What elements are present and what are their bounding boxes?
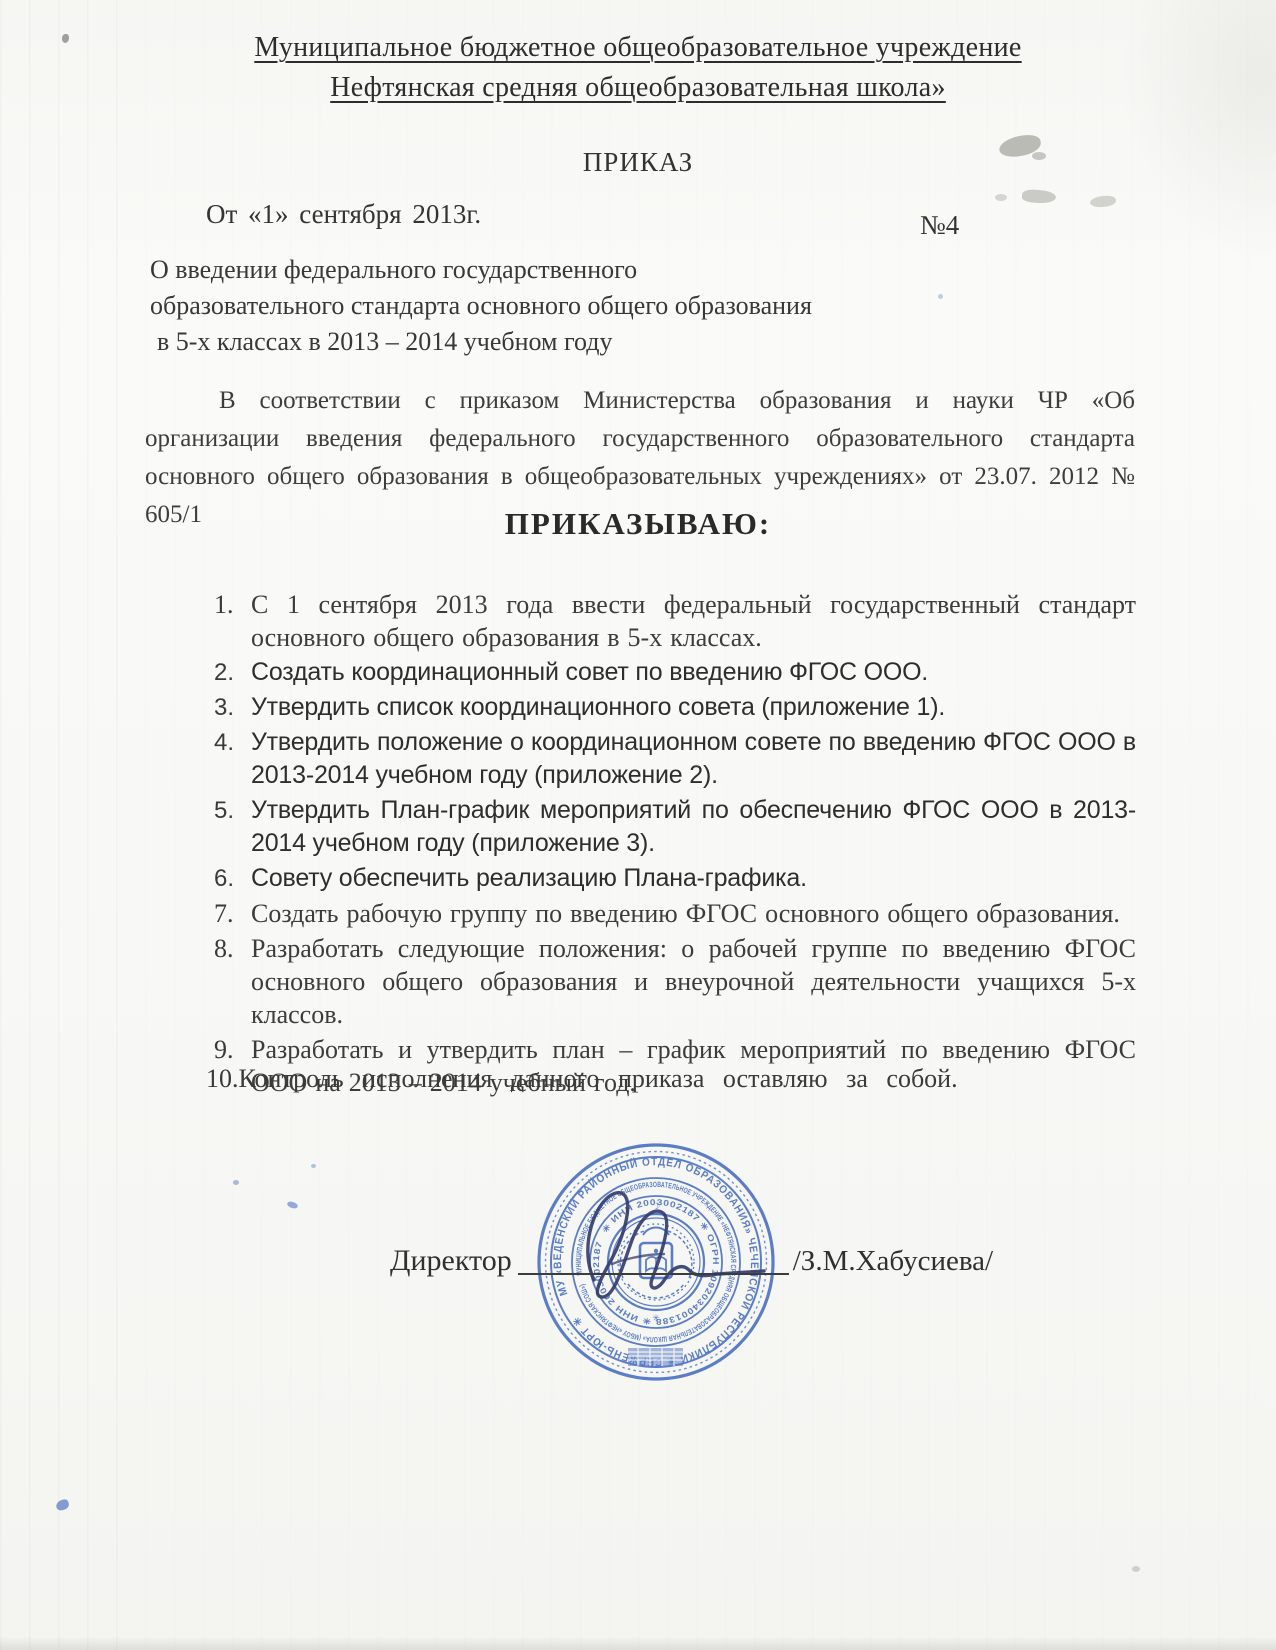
scan-speck [1132, 1566, 1140, 1572]
item-text: Утвердить список координационного совета… [251, 691, 1136, 724]
org-name-line1: Муниципальное бюджетное общеобразователь… [0, 28, 1276, 68]
command-heading: ПРИКАЗЫВАЮ: [0, 506, 1276, 542]
item-text: Создать рабочую группу по введению ФГОС … [251, 897, 1136, 930]
page-bottom-shadow [0, 1636, 1276, 1650]
subject-line3: в 5-х классах в 2013 – 2014 учебном году [150, 324, 812, 360]
item-text: Утвердить положение о координационном со… [251, 726, 1136, 792]
item-number: 7. [214, 897, 251, 930]
item-number: 3. [214, 691, 251, 724]
scan-smudge [1022, 189, 1057, 204]
item-text: Разработать следующие положения: о рабоч… [251, 932, 1136, 1031]
ink-speck [233, 1180, 239, 1185]
order-item-7: 7. Создать рабочую группу по введению ФГ… [214, 897, 1136, 930]
signature-name: /З.М.Хабусиева/ [793, 1245, 993, 1277]
svg-text:✳: ✳ [652, 1314, 660, 1324]
order-item-1: 1. С 1 сентября 2013 года ввести федерал… [214, 588, 1136, 654]
signature-row: Директор/З.М.Хабусиева/ [390, 1244, 993, 1278]
order-item-5: 5. Утвердить План-график мероприятий по … [214, 794, 1136, 860]
item-number: 6. [214, 862, 251, 895]
order-item-4: 4. Утвердить положение о координационном… [214, 726, 1136, 792]
order-item-3: 3. Утвердить список координационного сов… [214, 691, 1136, 724]
subject-line1: О введении федерального государственного [150, 252, 812, 288]
doc-number: №4 [920, 210, 959, 241]
ink-speck [311, 1164, 316, 1168]
scan-smudge [995, 194, 1007, 201]
item-text: Совету обеспечить реализацию Плана-графи… [251, 862, 1136, 895]
order-list: 1. С 1 сентября 2013 года ввести федерал… [214, 588, 1136, 1101]
scanned-order-page: Муниципальное бюджетное общеобразователь… [0, 0, 1276, 1650]
doc-type-title: ПРИКАЗ [0, 147, 1276, 178]
order-item-6: 6. Совету обеспечить реализацию Плана-гр… [214, 862, 1136, 895]
order-item-8: 8. Разработать следующие положения: о ра… [214, 932, 1136, 1031]
stamp-hatched-block [628, 1348, 683, 1366]
subject-line2: образовательного стандарта основного общ… [150, 288, 812, 324]
control-clause: 10.Контроль исполнения данного приказа о… [206, 1064, 958, 1094]
item-number: 5. [214, 794, 251, 860]
order-item-2: 2. Создать координационный совет по введ… [214, 656, 1136, 689]
org-name-line2: Нефтянская средняя общеобразовательная ш… [0, 68, 1276, 108]
item-number: 4. [214, 726, 251, 792]
ink-speck [938, 294, 943, 299]
ink-speck [55, 1498, 71, 1512]
item-number: 8. [214, 932, 251, 1031]
scan-smudge [1090, 195, 1117, 208]
item-number: 1. [214, 588, 251, 654]
doc-header: Муниципальное бюджетное общеобразователь… [0, 28, 1276, 108]
item-text: Создать координационный совет по введени… [251, 656, 1136, 689]
item-text: Утвердить План-график мероприятий по обе… [251, 794, 1136, 860]
signature-line [518, 1273, 789, 1275]
doc-date: От «1» сентября 2013г. [206, 199, 481, 230]
ink-speck [286, 1200, 298, 1209]
item-text: С 1 сентября 2013 года ввести федеральны… [251, 588, 1136, 654]
doc-subject: О введении федерального государственного… [150, 252, 812, 360]
item-number: 2. [214, 656, 251, 689]
signature-role: Директор [390, 1244, 512, 1277]
